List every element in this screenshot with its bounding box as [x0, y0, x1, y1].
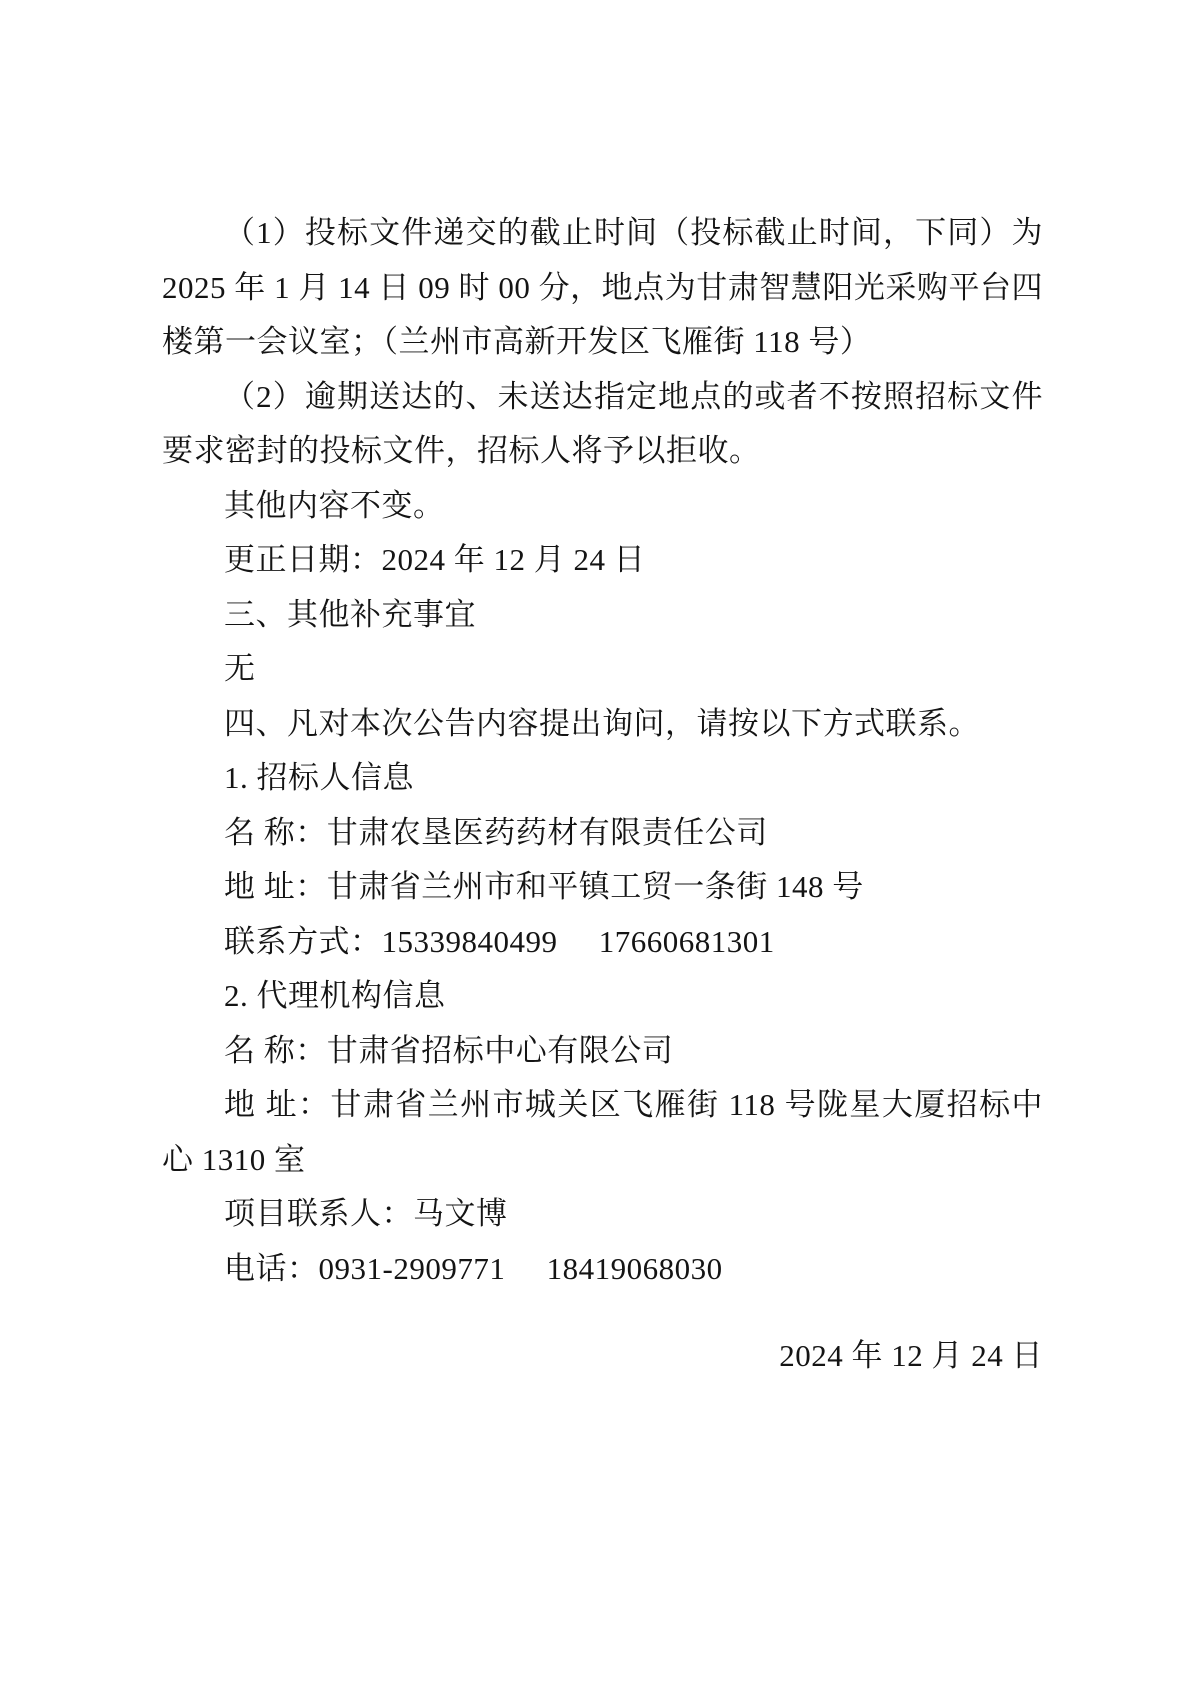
doc-line-correction-date: 更正日期：2024 年 12 月 24 日: [162, 533, 1043, 588]
doc-line-tenderer-contact: 联系方式：15339840499 17660681301: [162, 915, 1043, 970]
doc-line-late-delivery: （2）逾期送达的、未送达指定地点的或者不按照招标文件: [162, 370, 1043, 425]
doc-line-project-contact: 项目联系人：马文博: [162, 1187, 1043, 1242]
doc-line-tenderer-name: 名 称：甘肃农垦医药药材有限责任公司: [162, 806, 1043, 861]
doc-line-deadline-location: 楼第一会议室；（兰州市高新开发区飞雁街 118 号）: [162, 315, 1043, 370]
doc-line-deadline-datetime: 2025 年 1 月 14 日 09 时 00 分，地点为甘肃智慧阳光采购平台四: [162, 261, 1043, 316]
doc-line-phone: 电话：0931-2909771 18419068030: [162, 1242, 1043, 1297]
doc-line-late-delivery-2: 要求密封的投标文件，招标人将予以拒收。: [162, 424, 1043, 479]
document-content: （1）投标文件递交的截止时间（投标截止时间，下同）为 2025 年 1 月 14…: [0, 0, 1191, 1384]
doc-line-bid-deadline: （1）投标文件递交的截止时间（投标截止时间，下同）为: [162, 206, 1043, 261]
doc-line-tenderer-address: 地 址：甘肃省兰州市和平镇工贸一条街 148 号: [162, 860, 1043, 915]
doc-line-section-three: 三、其他补充事宜: [162, 588, 1043, 643]
doc-line-agency-name: 名 称：甘肃省招标中心有限公司: [162, 1024, 1043, 1079]
doc-line-section-four: 四、凡对本次公告内容提出询问，请按以下方式联系。: [162, 697, 1043, 752]
doc-line-agency-address: 地 址：甘肃省兰州市城关区飞雁街 118 号陇星大厦招标中: [162, 1078, 1043, 1133]
doc-line-other-unchanged: 其他内容不变。: [162, 479, 1043, 534]
doc-line-signature-date: 2024 年 12 月 24 日: [162, 1329, 1043, 1384]
document-page: （1）投标文件递交的截止时间（投标截止时间，下同）为 2025 年 1 月 14…: [0, 0, 1191, 1684]
doc-line-none: 无: [162, 642, 1043, 697]
doc-line-agency-info-heading: 2. 代理机构信息: [162, 969, 1043, 1024]
doc-line-tenderer-info-heading: 1. 招标人信息: [162, 751, 1043, 806]
doc-line-agency-address-2: 心 1310 室: [162, 1133, 1043, 1188]
